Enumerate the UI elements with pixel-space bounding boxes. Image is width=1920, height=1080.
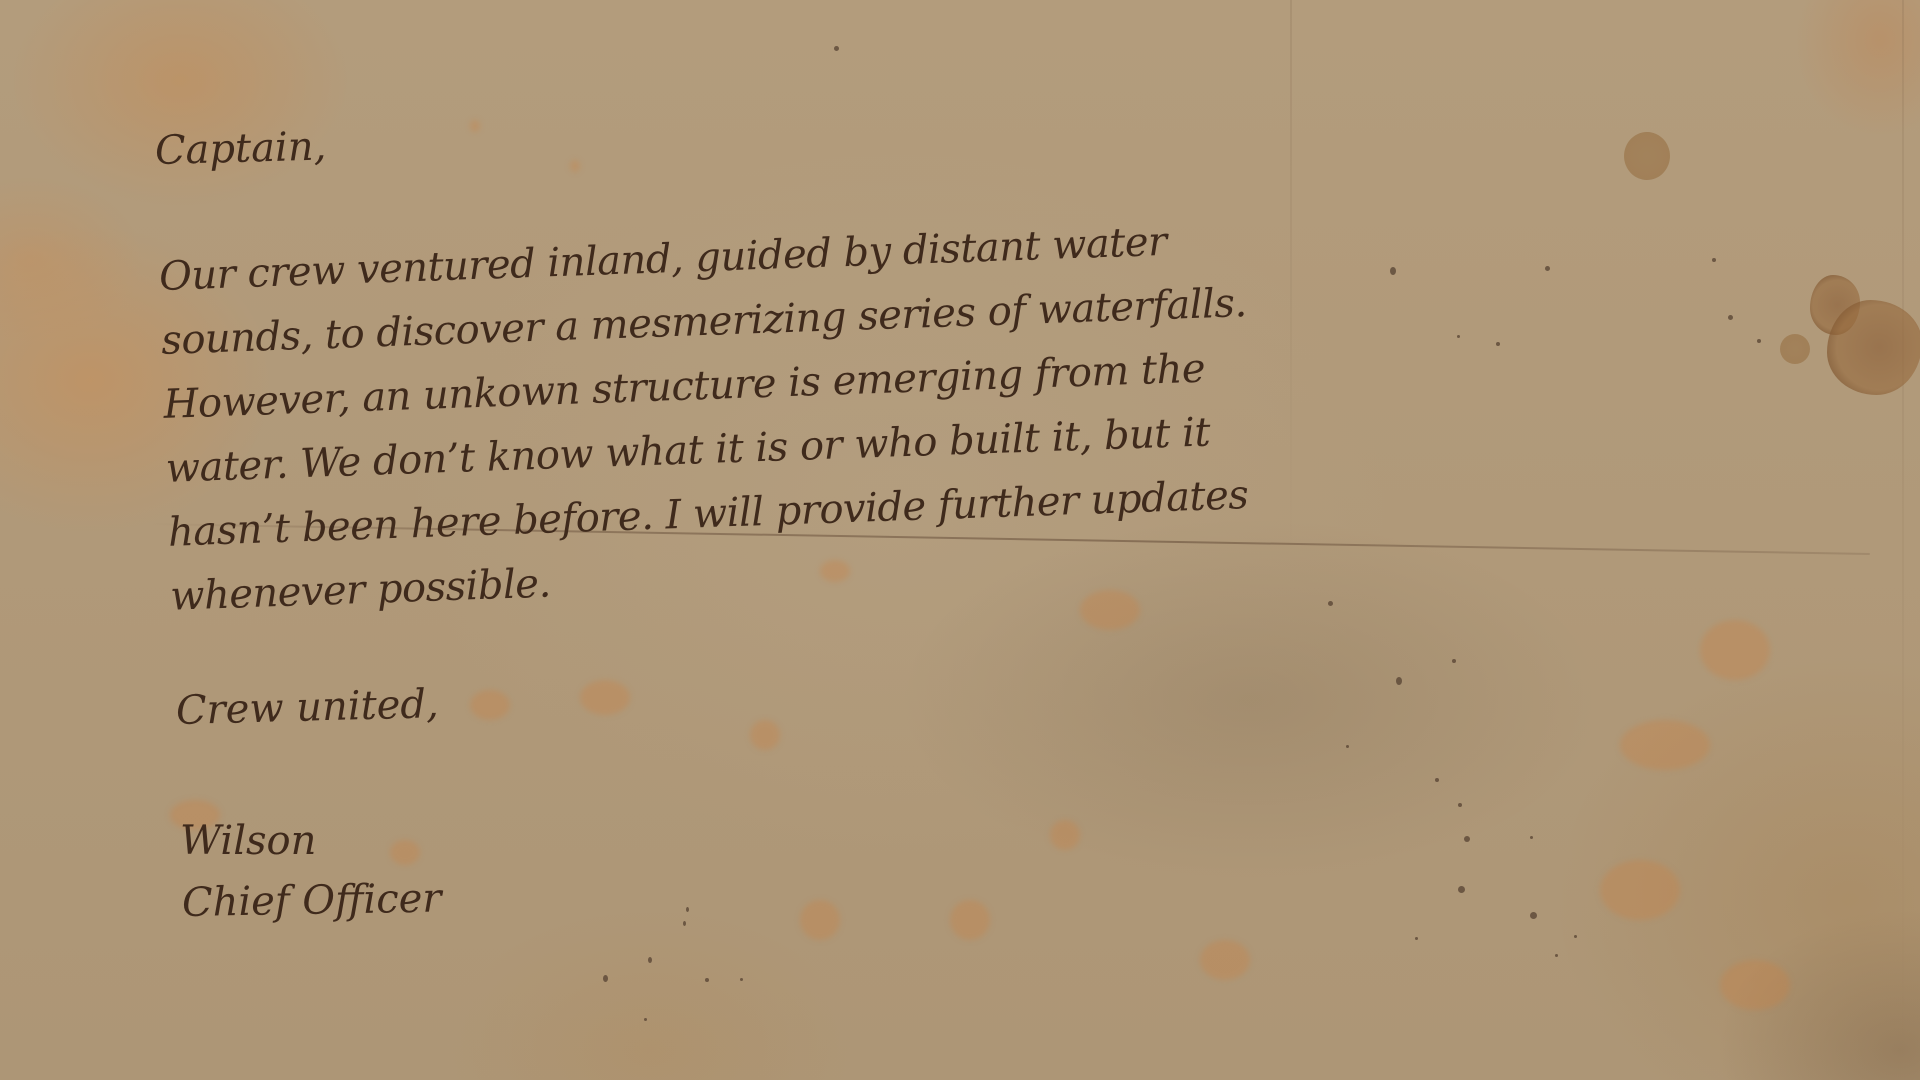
letter-salutation: Captain,: [154, 124, 326, 174]
letter-body: Our crew ventured inland, guided by dist…: [158, 205, 1321, 629]
letter-closing: Crew united,: [175, 681, 439, 734]
letter: Captain, Our crew ventured inland, guide…: [0, 0, 1920, 1080]
signature-name: Wilson: [180, 818, 316, 864]
signature-title: Chief Officer: [182, 875, 442, 926]
